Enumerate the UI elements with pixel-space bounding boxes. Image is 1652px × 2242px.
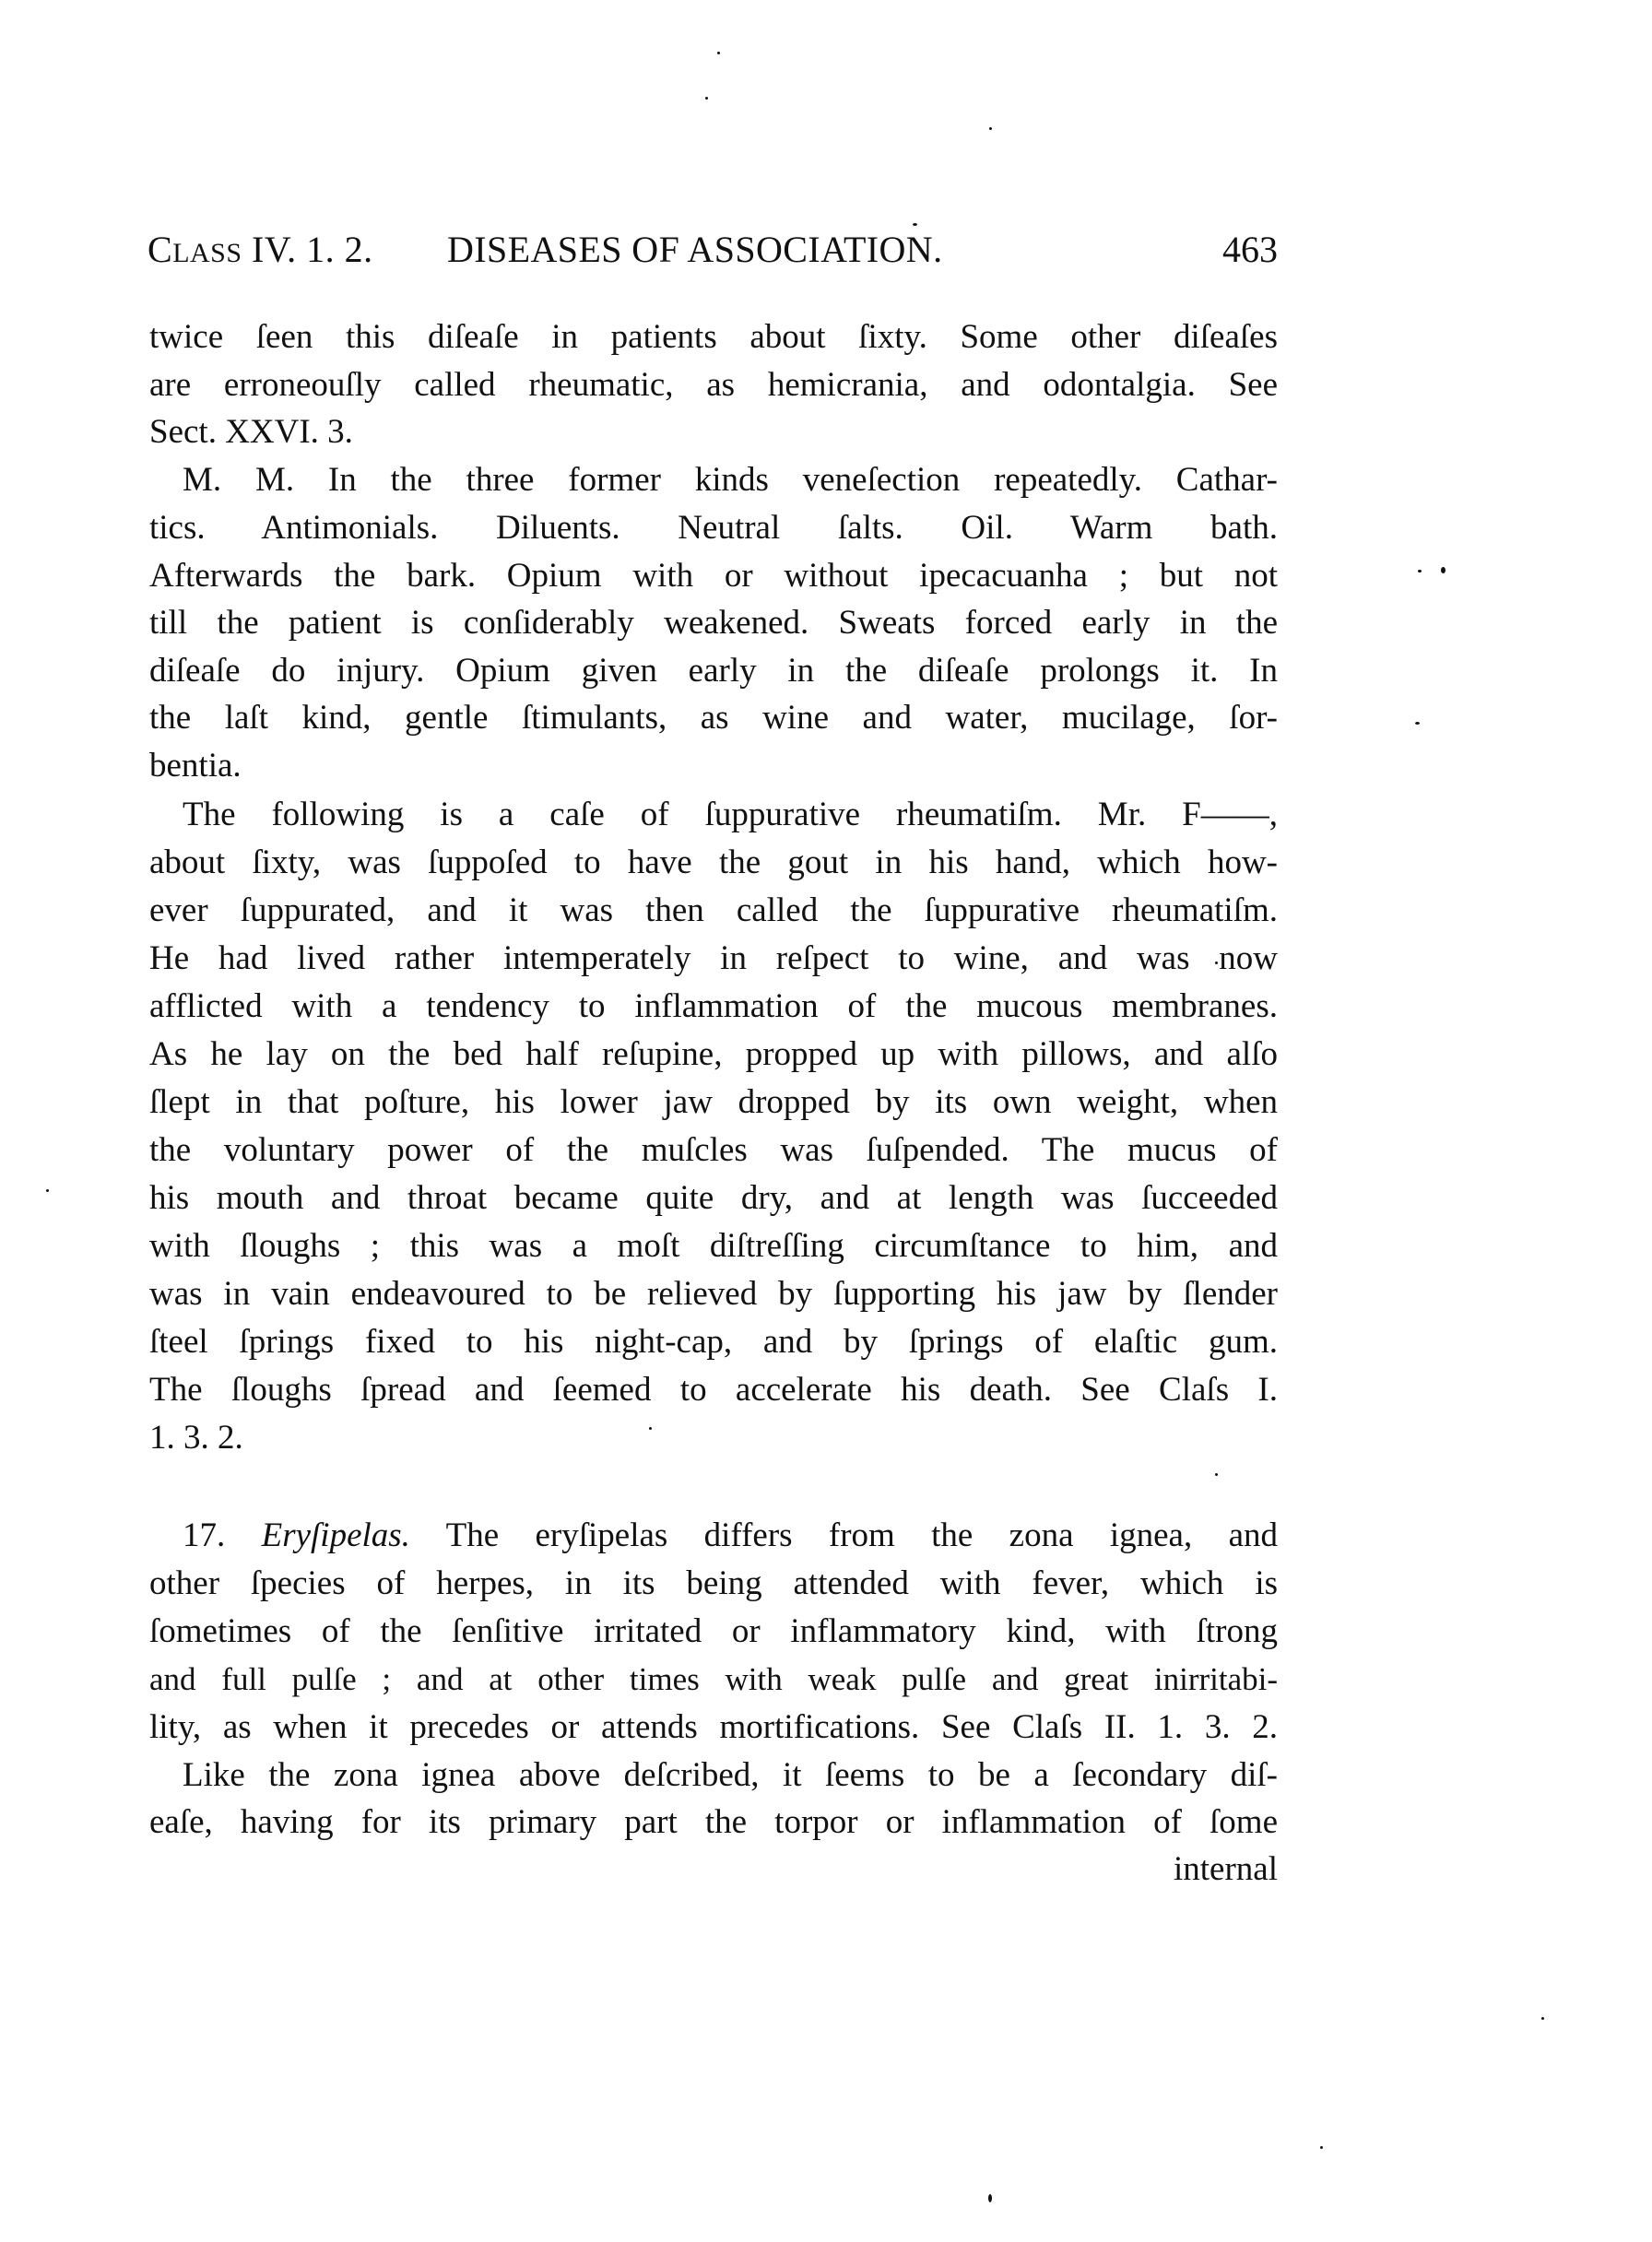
text-run: The eryſipelas differs from the zona ign… [446, 1516, 1278, 1554]
text-line: ſteel ſprings fixed to his night-cap, an… [149, 1318, 1278, 1366]
scan-speck [989, 127, 992, 130]
text-line: till the patient is conſiderably weakene… [149, 599, 1278, 647]
scan-speck [1215, 1473, 1218, 1476]
scan-speck [1215, 962, 1218, 964]
text-line: about ſixty, was ſuppoſed to have the go… [149, 839, 1278, 887]
paragraph-start: M. M. In the three former kinds veneſect… [183, 456, 1278, 504]
scan-speck [705, 97, 708, 100]
text-line: Afterwards the bark. Opium with or witho… [149, 552, 1278, 600]
text-line: Sect. XXVI. 3. [149, 408, 1278, 456]
scan-speck [1415, 722, 1420, 725]
section-title: Eryſipelas. [262, 1516, 410, 1554]
paragraph-start: Like the zona ignea above deſcribed, it … [183, 1752, 1278, 1799]
text-line: his mouth and throat became quite dry, a… [149, 1174, 1278, 1222]
scan-speck [1320, 2146, 1323, 2149]
text-line: He had lived rather intemperately in reſ… [149, 935, 1278, 983]
text-line: ſlept in that poſture, his lower jaw dro… [149, 1079, 1278, 1127]
class-reference: CLASS IV. 1. 2. [147, 227, 373, 277]
page-number: 463 [1222, 227, 1278, 273]
scan-speck [913, 223, 917, 226]
page-title: DISEASES OF ASSOCIATION. [447, 227, 942, 273]
text-line: tics. Antimonials. Diluents. Neutral ſal… [149, 504, 1278, 552]
text-line: The ſloughs ſpread and ſeemed to acceler… [149, 1366, 1278, 1414]
scan-speck [717, 52, 720, 54]
text-line: As he lay on the bed half reſupine, prop… [149, 1031, 1278, 1079]
book-page: CLASS IV. 1. 2. DISEASES OF ASSOCIATION.… [0, 0, 1652, 2242]
text-line: with ſloughs ; this was a moſt diſtreſſi… [149, 1222, 1278, 1270]
text-line: and full pulſe ; and at other times with… [149, 1656, 1278, 1704]
text-line: bentia. [149, 742, 1278, 790]
text-line: are erroneouſly called rheumatic, as hem… [149, 361, 1278, 409]
text-line: lity, as when it precedes or attends mor… [149, 1704, 1278, 1752]
text-line: the voluntary power of the muſcles was ſ… [149, 1127, 1278, 1174]
text-line: diſeaſe do injury. Opium given early in … [149, 647, 1278, 695]
text-line: other ſpecies of herpes, in its being at… [149, 1560, 1278, 1608]
paragraph-start: The following is a caſe of ſuppurative r… [183, 791, 1278, 839]
scan-speck [1541, 2017, 1544, 2020]
text-line: eaſe, having for its primary part the to… [149, 1799, 1278, 1847]
text-line: ſometimes of the ſenſitive irritated or … [149, 1608, 1278, 1656]
section-number: 17. [183, 1516, 225, 1554]
scan-speck [988, 2194, 992, 2202]
running-head: CLASS IV. 1. 2. DISEASES OF ASSOCIATION.… [147, 227, 1278, 273]
scan-speck [649, 1427, 652, 1430]
text-line: twice ſeen this diſeaſe in patients abou… [149, 313, 1278, 361]
scan-speck [1418, 570, 1422, 572]
text-line: afflicted with a tendency to inflammatio… [149, 983, 1278, 1031]
scan-speck [1441, 567, 1445, 573]
text-line: 1. 3. 2. [149, 1414, 1278, 1462]
catchword: internal [149, 1846, 1278, 1894]
text-line: was in vain endeavoured to be relieved b… [149, 1270, 1278, 1318]
scan-speck [46, 1189, 49, 1192]
section-heading-line: 17. Eryſipelas. The eryſipelas differs f… [183, 1512, 1278, 1560]
text-line: the laſt kind, gentle ſtimulants, as win… [149, 694, 1278, 742]
text-line: ever ſuppurated, and it was then called … [149, 887, 1278, 935]
